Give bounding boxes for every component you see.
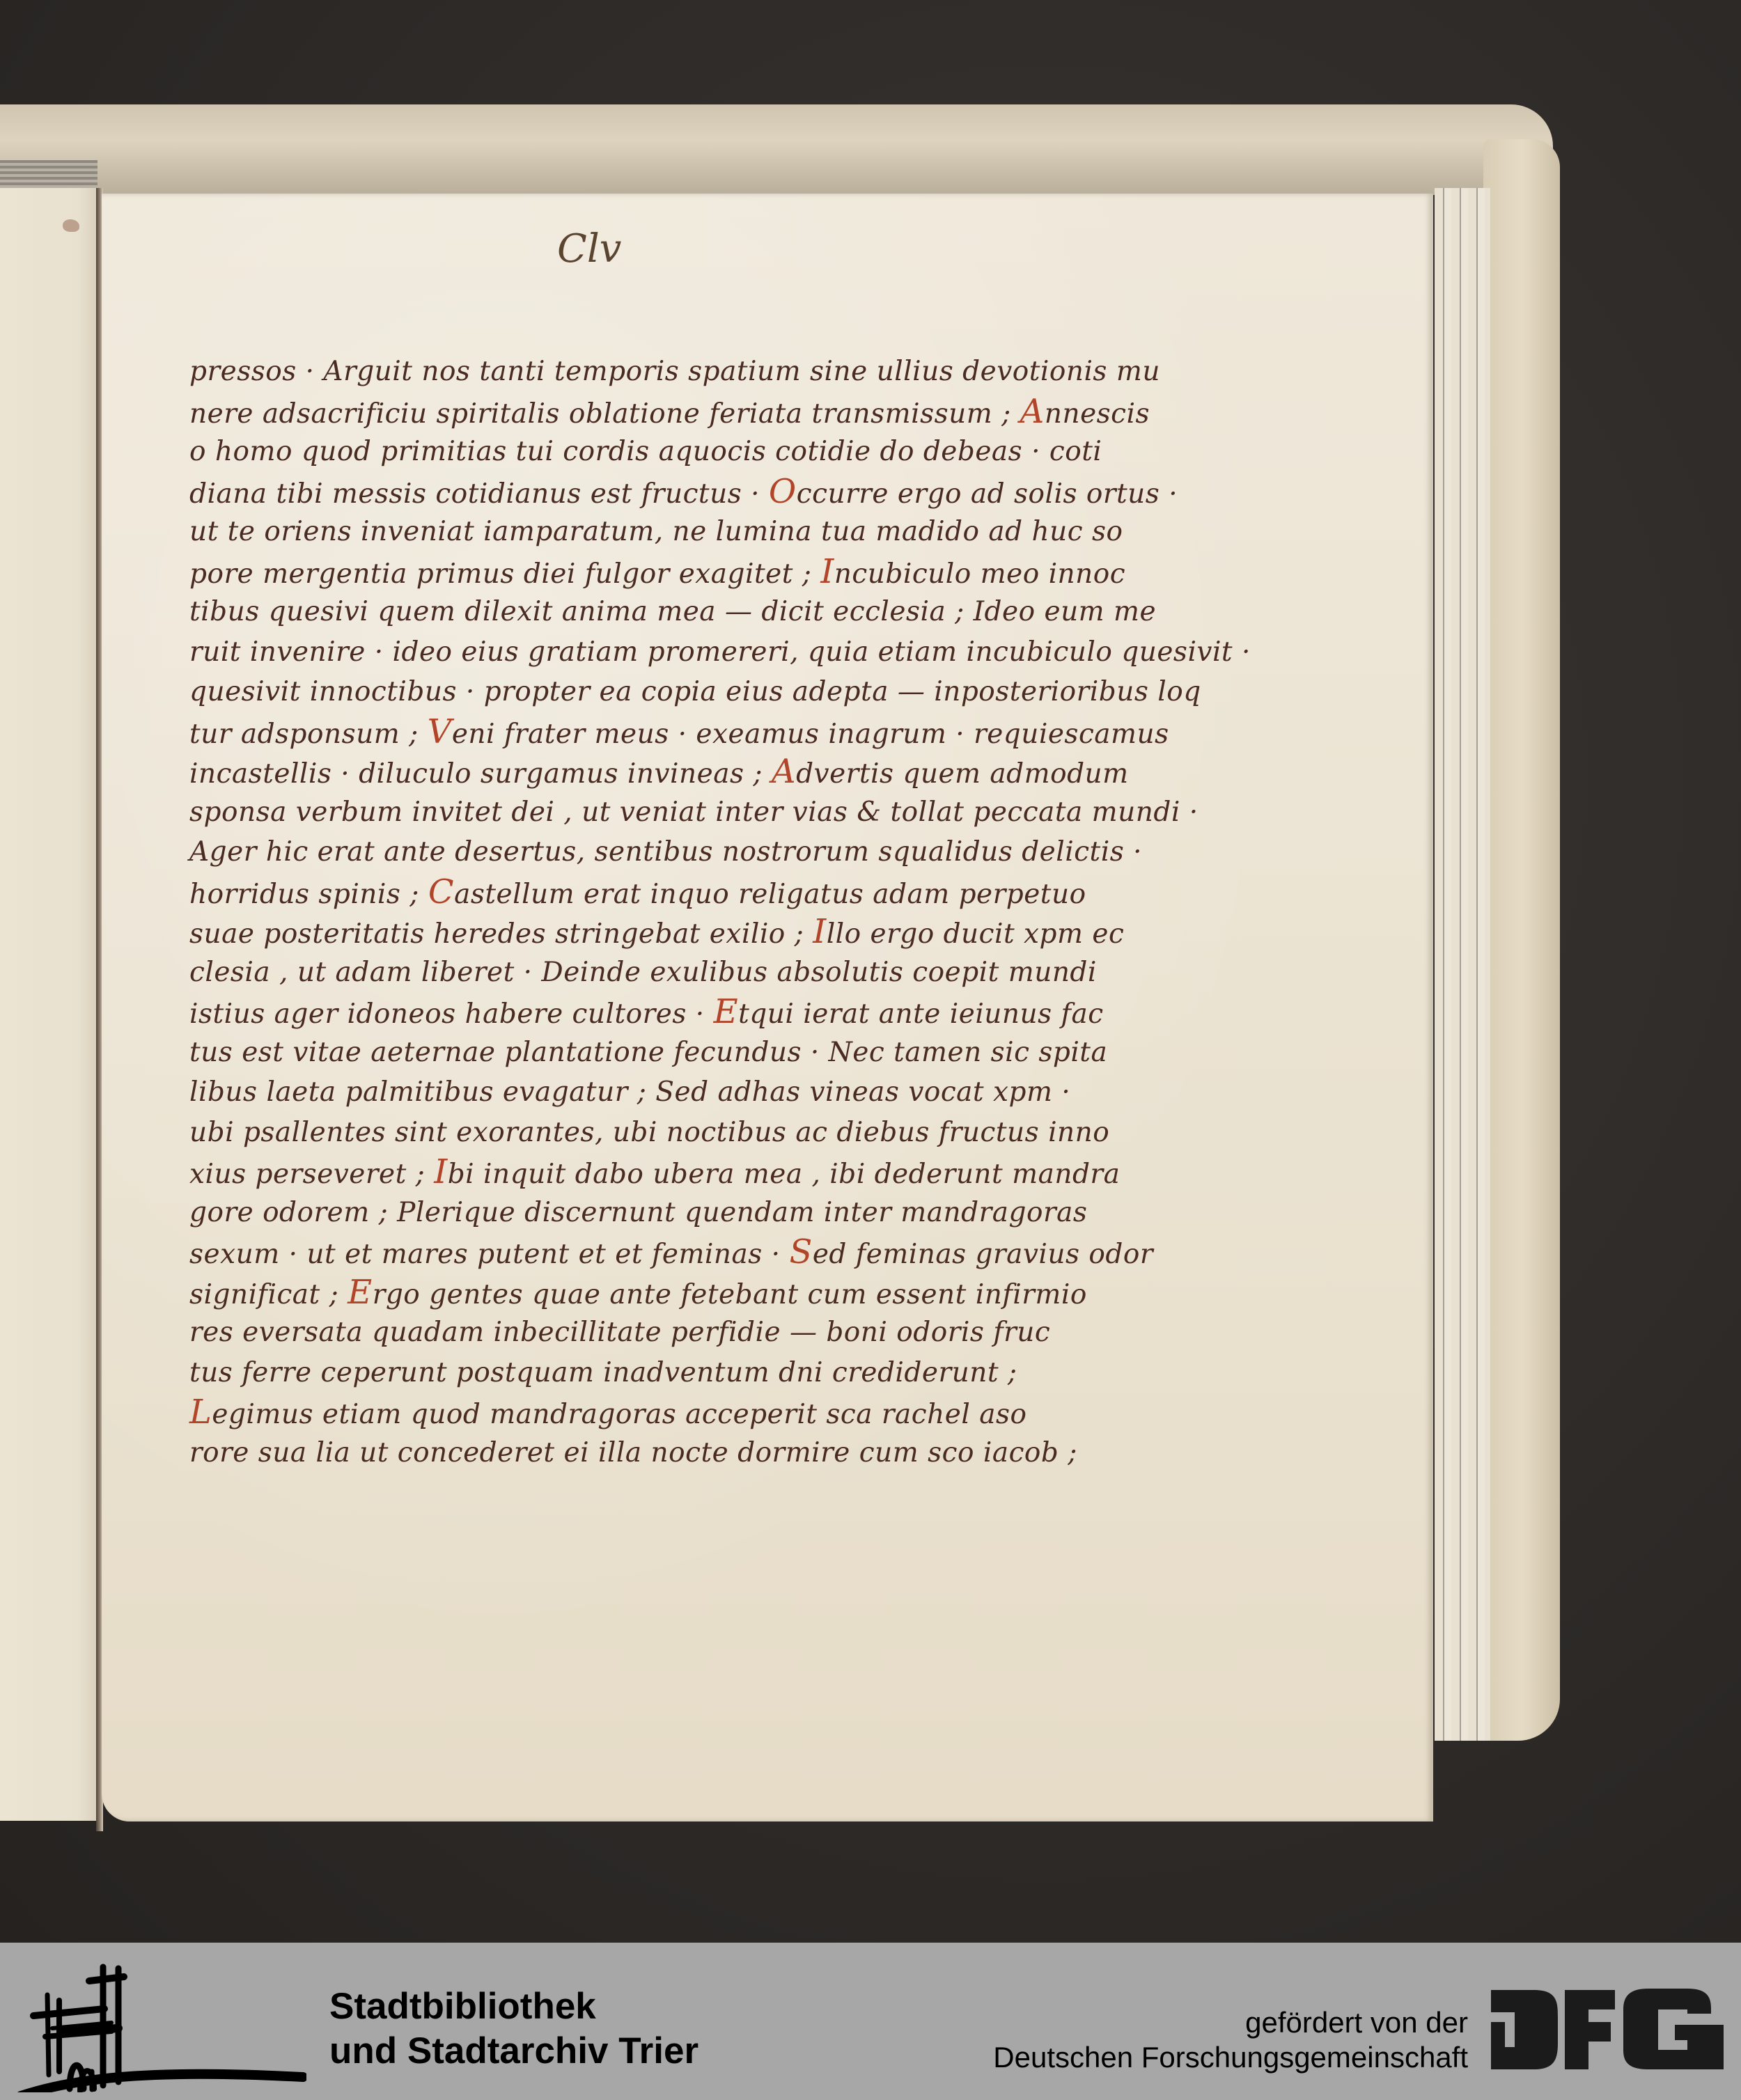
manuscript-line: pressos · Arguit nos tanti temporis spat…	[189, 352, 1304, 392]
manuscript-line: incastellis · diluculo surgamus invineas…	[189, 752, 1304, 792]
manuscript-line: tur adsponsum ; Veni frater meus · exeam…	[189, 712, 1304, 753]
manuscript-line-text: tus ferre ceperunt postquam inadventum d…	[189, 1357, 1017, 1388]
manuscript-line-text: significat ;	[189, 1279, 348, 1310]
manuscript-line: significat ; Ergo gentes quae ante feteb…	[189, 1273, 1304, 1313]
manuscript-line: clesia , ut adam liberet · Deinde exulib…	[189, 953, 1304, 993]
funding-notice-line2: Deutschen Forschungsgemeinschaft	[993, 2040, 1468, 2075]
manuscript-line: tibus quesivi quem dilexit anima mea — d…	[189, 592, 1304, 632]
manuscript-line-text: clesia , ut adam liberet · Deinde exulib…	[189, 957, 1097, 988]
institution-name-line2: und Stadtarchiv Trier	[329, 2029, 698, 2074]
manuscript-line-text: quesivit innoctibus · propter ea copia e…	[189, 676, 1201, 707]
manuscript-line: Ager hic erat ante desertus, sentibus no…	[189, 832, 1304, 872]
manuscript-line-text: dvertis quem admodum	[796, 758, 1129, 790]
book-cover-right-edge	[1483, 139, 1560, 1741]
manuscript-line-text: incastellis · diluculo surgamus invineas…	[189, 758, 772, 790]
manuscript-line-text: suae posteritatis heredes stringebat exi…	[189, 918, 813, 950]
institution-name-line1: Stadtbibliothek	[329, 1984, 698, 2029]
manuscript-line: o homo quod primitias tui cordis aquocis…	[189, 432, 1304, 472]
manuscript-line-text: istius ager idoneos habere cultores ·	[189, 998, 714, 1030]
rubricated-initial: A	[772, 752, 796, 791]
trier-library-logo-icon	[14, 1953, 306, 2092]
manuscript-line: sponsa verbum invitet dei , ut veniat in…	[189, 792, 1304, 833]
manuscript-line: gore odorem ; Plerique discernunt quenda…	[189, 1193, 1304, 1233]
rubricated-initial: L	[189, 1393, 212, 1432]
manuscript-line: tus est vitae aeternae plantatione fecun…	[189, 1033, 1304, 1073]
manuscript-text-block: pressos · Arguit nos tanti temporis spat…	[189, 352, 1304, 1473]
manuscript-line-text: sexum · ut et mares putent et et feminas…	[189, 1239, 789, 1270]
page-stack-edges	[1435, 188, 1490, 1741]
manuscript-line: Legimus etiam quod mandragoras acceperit…	[189, 1393, 1304, 1433]
manuscript-line-text: pressos · Arguit nos tanti temporis spat…	[189, 356, 1160, 387]
manuscript-line-text: res eversata quadam inbecillitate perfid…	[189, 1317, 1050, 1348]
manuscript-line: pore mergentia primus diei fulgor exagit…	[189, 552, 1304, 593]
manuscript-line-text: diana tibi messis cotidianus est fructus…	[189, 478, 769, 510]
manuscript-line-text: ruit invenire · ideo eius gratiam promer…	[189, 636, 1251, 668]
manuscript-line: suae posteritatis heredes stringebat exi…	[189, 912, 1304, 953]
manuscript-line-text: tur adsponsum ;	[189, 719, 428, 750]
manuscript-line-text: astellum erat inquo religatus adam perpe…	[454, 879, 1086, 910]
funding-notice: gefördert von der Deutschen Forschungsge…	[993, 2005, 1468, 2075]
manuscript-line-text: sponsa verbum invitet dei , ut veniat in…	[189, 797, 1199, 828]
rubricated-initial: S	[789, 1232, 812, 1271]
manuscript-line: diana tibi messis cotidianus est fructus…	[189, 472, 1304, 512]
manuscript-line-text: egimus etiam quod mandragoras acceperit …	[212, 1399, 1026, 1430]
manuscript-line: nere adsacrificiu spiritalis oblatione f…	[189, 392, 1304, 432]
rubricated-initial: O	[769, 472, 797, 511]
funding-notice-line1: gefördert von der	[993, 2005, 1468, 2040]
manuscript-line-text: xius perseveret ;	[189, 1159, 434, 1190]
manuscript-line-text: eni frater meus · exeamus inagrum · requ…	[452, 719, 1169, 750]
manuscript-line-text: ubi psallentes sint exorantes, ubi nocti…	[189, 1117, 1109, 1148]
manuscript-line-text: tus est vitae aeternae plantatione fecun…	[189, 1037, 1107, 1068]
manuscript-line-text: rgo gentes quae ante fetebant cum essent…	[373, 1279, 1087, 1310]
manuscript-line-text: ut te oriens inveniat iamparatum, ne lum…	[189, 516, 1123, 547]
manuscript-line: ut te oriens inveniat iamparatum, ne lum…	[189, 512, 1304, 552]
folio-number: Clv	[557, 228, 641, 270]
dfg-logo-icon	[1491, 1989, 1724, 2071]
rubricated-initial: E	[714, 992, 739, 1031]
manuscript-line-text: tibus quesivi quem dilexit anima mea — d…	[189, 596, 1156, 627]
manuscript-line-text: nnescis	[1045, 398, 1150, 430]
rubricated-initial: I	[813, 912, 826, 951]
manuscript-line-text: bi inquit dabo ubera mea , ibi dederunt …	[448, 1159, 1121, 1190]
manuscript-line: sexum · ut et mares putent et et feminas…	[189, 1232, 1304, 1273]
manuscript-line: rore sua lia ut concederet ei illa nocte…	[189, 1433, 1304, 1473]
manuscript-line-text: tqui ierat ante ieiunus fac	[738, 998, 1103, 1030]
manuscript-line: ruit invenire · ideo eius gratiam promer…	[189, 632, 1304, 673]
rubricated-initial: E	[348, 1273, 373, 1312]
rubricated-initial: I	[820, 552, 834, 591]
manuscript-line-text: horridus spinis ;	[189, 879, 428, 910]
rubricated-initial: C	[428, 872, 454, 911]
rubricated-initial: A	[1020, 392, 1045, 431]
ink-stain-mark	[63, 219, 79, 232]
manuscript-line-text: nere adsacrificiu spiritalis oblatione f…	[189, 398, 1020, 430]
manuscript-line-text: Ager hic erat ante desertus, sentibus no…	[189, 836, 1142, 868]
manuscript-line: res eversata quadam inbecillitate perfid…	[189, 1312, 1304, 1353]
manuscript-line-text: llo ergo ducit xpm ec	[827, 918, 1125, 950]
verso-page-edge	[0, 188, 97, 1821]
manuscript-line-text: ccurre ergo ad solis ortus ·	[797, 478, 1178, 510]
manuscript-line: xius perseveret ; Ibi inquit dabo ubera …	[189, 1152, 1304, 1193]
manuscript-line-text: gore odorem ; Plerique discernunt quenda…	[189, 1197, 1087, 1228]
manuscript-line: quesivit innoctibus · propter ea copia e…	[189, 672, 1304, 712]
manuscript-line-text: libus laeta palmitibus evagatur ; Sed ad…	[189, 1076, 1070, 1108]
manuscript-line: libus laeta palmitibus evagatur ; Sed ad…	[189, 1072, 1304, 1113]
rubricated-initial: V	[428, 712, 452, 751]
institution-name: Stadtbibliothek und Stadtarchiv Trier	[329, 1984, 698, 2074]
manuscript-line-text: ncubiculo meo innoc	[834, 558, 1125, 590]
manuscript-line: istius ager idoneos habere cultores · Et…	[189, 992, 1304, 1033]
rubricated-initial: I	[434, 1152, 447, 1191]
manuscript-line-text: o homo quod primitias tui cordis aquocis…	[189, 436, 1102, 467]
manuscript-line-text: rore sua lia ut concederet ei illa nocte…	[189, 1437, 1077, 1468]
manuscript-line: horridus spinis ; Castellum erat inquo r…	[189, 872, 1304, 913]
manuscript-line: tus ferre ceperunt postquam inadventum d…	[189, 1353, 1304, 1393]
footer-banner: Stadtbibliothek und Stadtarchiv Trier ge…	[0, 1943, 1741, 2100]
manuscript-line: ubi psallentes sint exorantes, ubi nocti…	[189, 1113, 1304, 1153]
manuscript-line-text: ed feminas gravius odor	[813, 1239, 1153, 1270]
manuscript-line-text: pore mergentia primus diei fulgor exagit…	[189, 558, 820, 590]
book-cover-top-edge	[0, 104, 1553, 195]
